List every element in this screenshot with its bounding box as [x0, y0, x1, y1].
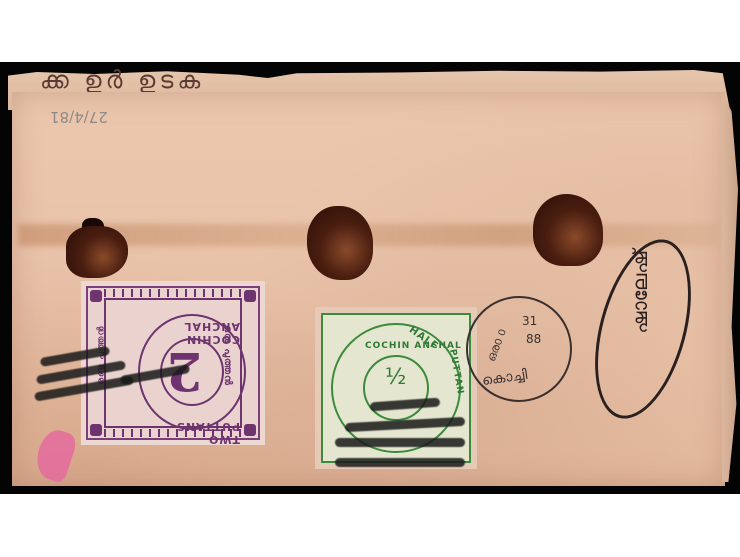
- stamp-corner-ornament: [244, 290, 256, 302]
- cancel-bar: [335, 458, 465, 467]
- stamp-legend-right: ഒരു പുത്തൻ: [222, 325, 233, 386]
- wax-seal-icon: [533, 194, 603, 266]
- postmark-line: 88: [526, 332, 541, 346]
- postmark-line: ഒര൦ ൦: [484, 327, 510, 364]
- pencil-note: 27/4/81: [50, 108, 108, 126]
- stamp-border-dots: [104, 289, 242, 297]
- postmark-arc-text: കൊച്ചി: [481, 367, 528, 389]
- wax-seal-icon: [66, 226, 128, 278]
- cancel-bar: [335, 438, 465, 447]
- stamp-corner-ornament: [90, 290, 102, 302]
- stamp-legend-bottom: TWO PUTTANS: [166, 420, 240, 446]
- stamp-corner-ornament: [244, 424, 256, 436]
- stamp-numeral: ½: [385, 365, 406, 390]
- oval-handstamp-text: ഷാലേഷ്: [628, 250, 652, 334]
- stamp-corner-ornament: [90, 424, 102, 436]
- wax-seal-icon: [307, 206, 373, 280]
- circular-postmark: 31 88 ഒര൦ ൦ കൊച്ചി: [466, 296, 572, 402]
- postmark-line: 31: [522, 314, 537, 328]
- handwriting-top: ക്ക ഉർ ഉടക: [40, 66, 204, 94]
